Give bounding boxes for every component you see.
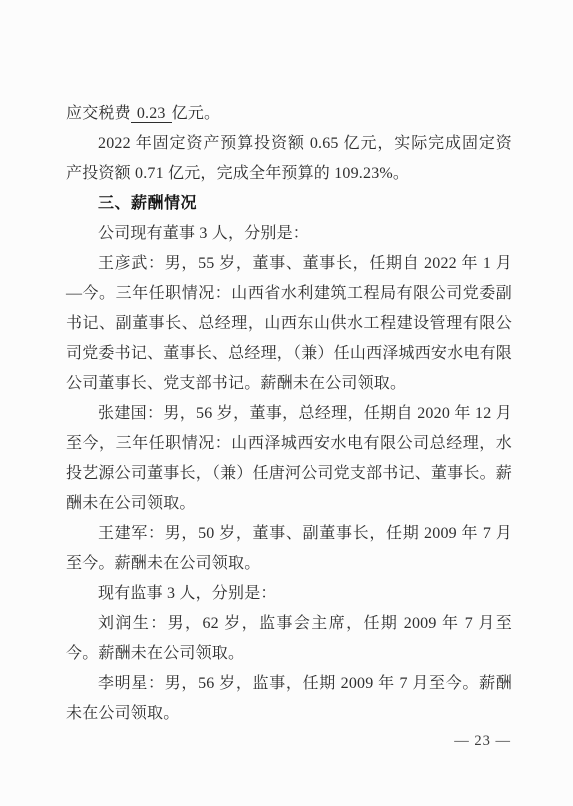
paragraph-director-zhangjianguo: 张建国：男，56 岁，董事，总经理，任期自 2020 年 12 月至今，三年任职… [66, 399, 512, 519]
paragraph-director-wangyanwu: 王彦武：男，55 岁，董事、董事长，任期自 2022 年 1 月—今。三年任职情… [66, 249, 512, 399]
document-page: 应交税费0.23亿元。 2022 年固定资产预算投资额 0.65 亿元，实际完成… [0, 0, 573, 806]
page-body-text: 应交税费0.23亿元。 2022 年固定资产预算投资额 0.65 亿元，实际完成… [66, 99, 512, 729]
section-heading-compensation: 三、薪酬情况 [66, 189, 512, 219]
paragraph-fixed-asset-investment: 2022 年固定资产预算投资额 0.65 亿元，实际完成固定资产投资额 0.71… [66, 129, 512, 189]
paragraph-directors-intro: 公司现有董事 3 人，分别是： [66, 219, 512, 249]
text-segment-pre: 应交税费 [66, 105, 131, 122]
paragraph-supervisor-liurunsheng: 刘润生：男，62 岁，监事会主席，任期 2009 年 7 月至今。薪酬未在公司领… [66, 609, 512, 669]
paragraph-director-wangjianjun: 王建军：男，50 岁，董事、副董事长，任期 2009 年 7 月至今。薪酬未在公… [66, 519, 512, 579]
underlined-value: 0.23 [131, 105, 172, 123]
paragraph-supervisors-intro: 现有监事 3 人，分别是： [66, 579, 512, 609]
page-number: — 23 — [454, 731, 511, 751]
paragraph-supervisor-limingxing: 李明星：男，56 岁，监事，任期 2009 年 7 月至今。薪酬未在公司领取。 [66, 669, 512, 729]
paragraph-tax-continuation: 应交税费0.23亿元。 [66, 99, 512, 129]
text-segment-post: 亿元。 [172, 105, 221, 122]
